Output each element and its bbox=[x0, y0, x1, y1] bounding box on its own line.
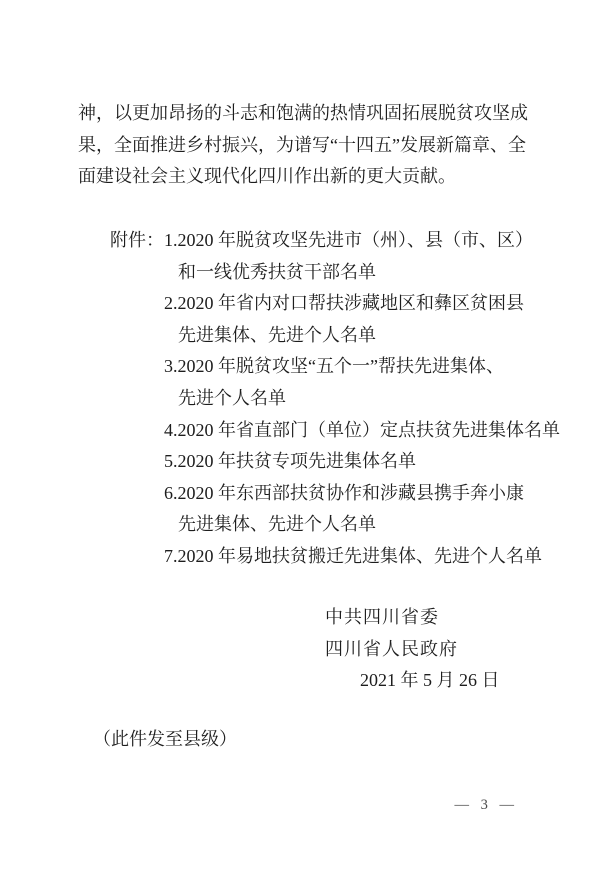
attachment-item-6-line-1: 6.2020 年东西部扶贫协作和涉藏县携手奔小康 bbox=[164, 478, 570, 510]
signature-date: 2021 年 5 月 26 日 bbox=[360, 665, 565, 697]
attachment-item-6-line-2: 先进集体、先进个人名单 bbox=[178, 509, 570, 541]
body-paragraph: 神，以更加昂扬的斗志和饱满的热情巩固拓展脱贫攻坚成 果，全面推进乡村振兴，为谱写… bbox=[78, 98, 548, 193]
body-paragraph-line: 果，全面推进乡村振兴，为谱写“十四五”发展新篇章、全 bbox=[78, 130, 548, 162]
signature-block: 中共四川省委 四川省人民政府 2021 年 5 月 26 日 bbox=[325, 602, 565, 697]
attachment-item-3-line-2: 先进个人名单 bbox=[178, 383, 570, 415]
attachment-item-4-line-1: 4.2020 年省直部门（单位）定点扶贫先进集体名单 bbox=[164, 415, 570, 447]
signature-issuer-party: 中共四川省委 bbox=[325, 602, 565, 634]
body-paragraph-line: 面建设社会主义现代化四川作出新的更大贡献。 bbox=[78, 161, 548, 193]
attachment-item-3-line-1: 3.2020 年脱贫攻坚“五个一”帮扶先进集体、 bbox=[164, 351, 570, 383]
attachment-item-2-line-2: 先进集体、先进个人名单 bbox=[178, 320, 570, 352]
attachments-label: 附件： bbox=[110, 225, 164, 257]
attachments-section: 附件： 1.2020 年脱贫攻坚先进市（州）、县（市、区） 和一线优秀扶贫干部名… bbox=[110, 225, 570, 573]
attachment-item-1-line-1: 1.2020 年脱贫攻坚先进市（州）、县（市、区） bbox=[164, 225, 533, 257]
distribution-note: （此件发至县级） bbox=[93, 724, 237, 756]
attachment-item-5-line-1: 5.2020 年扶贫专项先进集体名单 bbox=[164, 446, 570, 478]
document-page: 神，以更加昂扬的斗志和饱满的热情巩固拓展脱贫攻坚成 果，全面推进乡村振兴，为谱写… bbox=[0, 0, 601, 893]
signature-issuer-government: 四川省人民政府 bbox=[325, 634, 565, 666]
body-paragraph-line: 神，以更加昂扬的斗志和饱满的热情巩固拓展脱贫攻坚成 bbox=[78, 98, 548, 130]
page-number: — 3 — bbox=[455, 797, 516, 814]
attachment-item-7-line-1: 7.2020 年易地扶贫搬迁先进集体、先进个人名单 bbox=[164, 541, 570, 573]
attachment-item-2-line-1: 2.2020 年省内对口帮扶涉藏地区和彝区贫困县 bbox=[164, 288, 570, 320]
attachment-item-1-line-2: 和一线优秀扶贫干部名单 bbox=[178, 257, 570, 289]
